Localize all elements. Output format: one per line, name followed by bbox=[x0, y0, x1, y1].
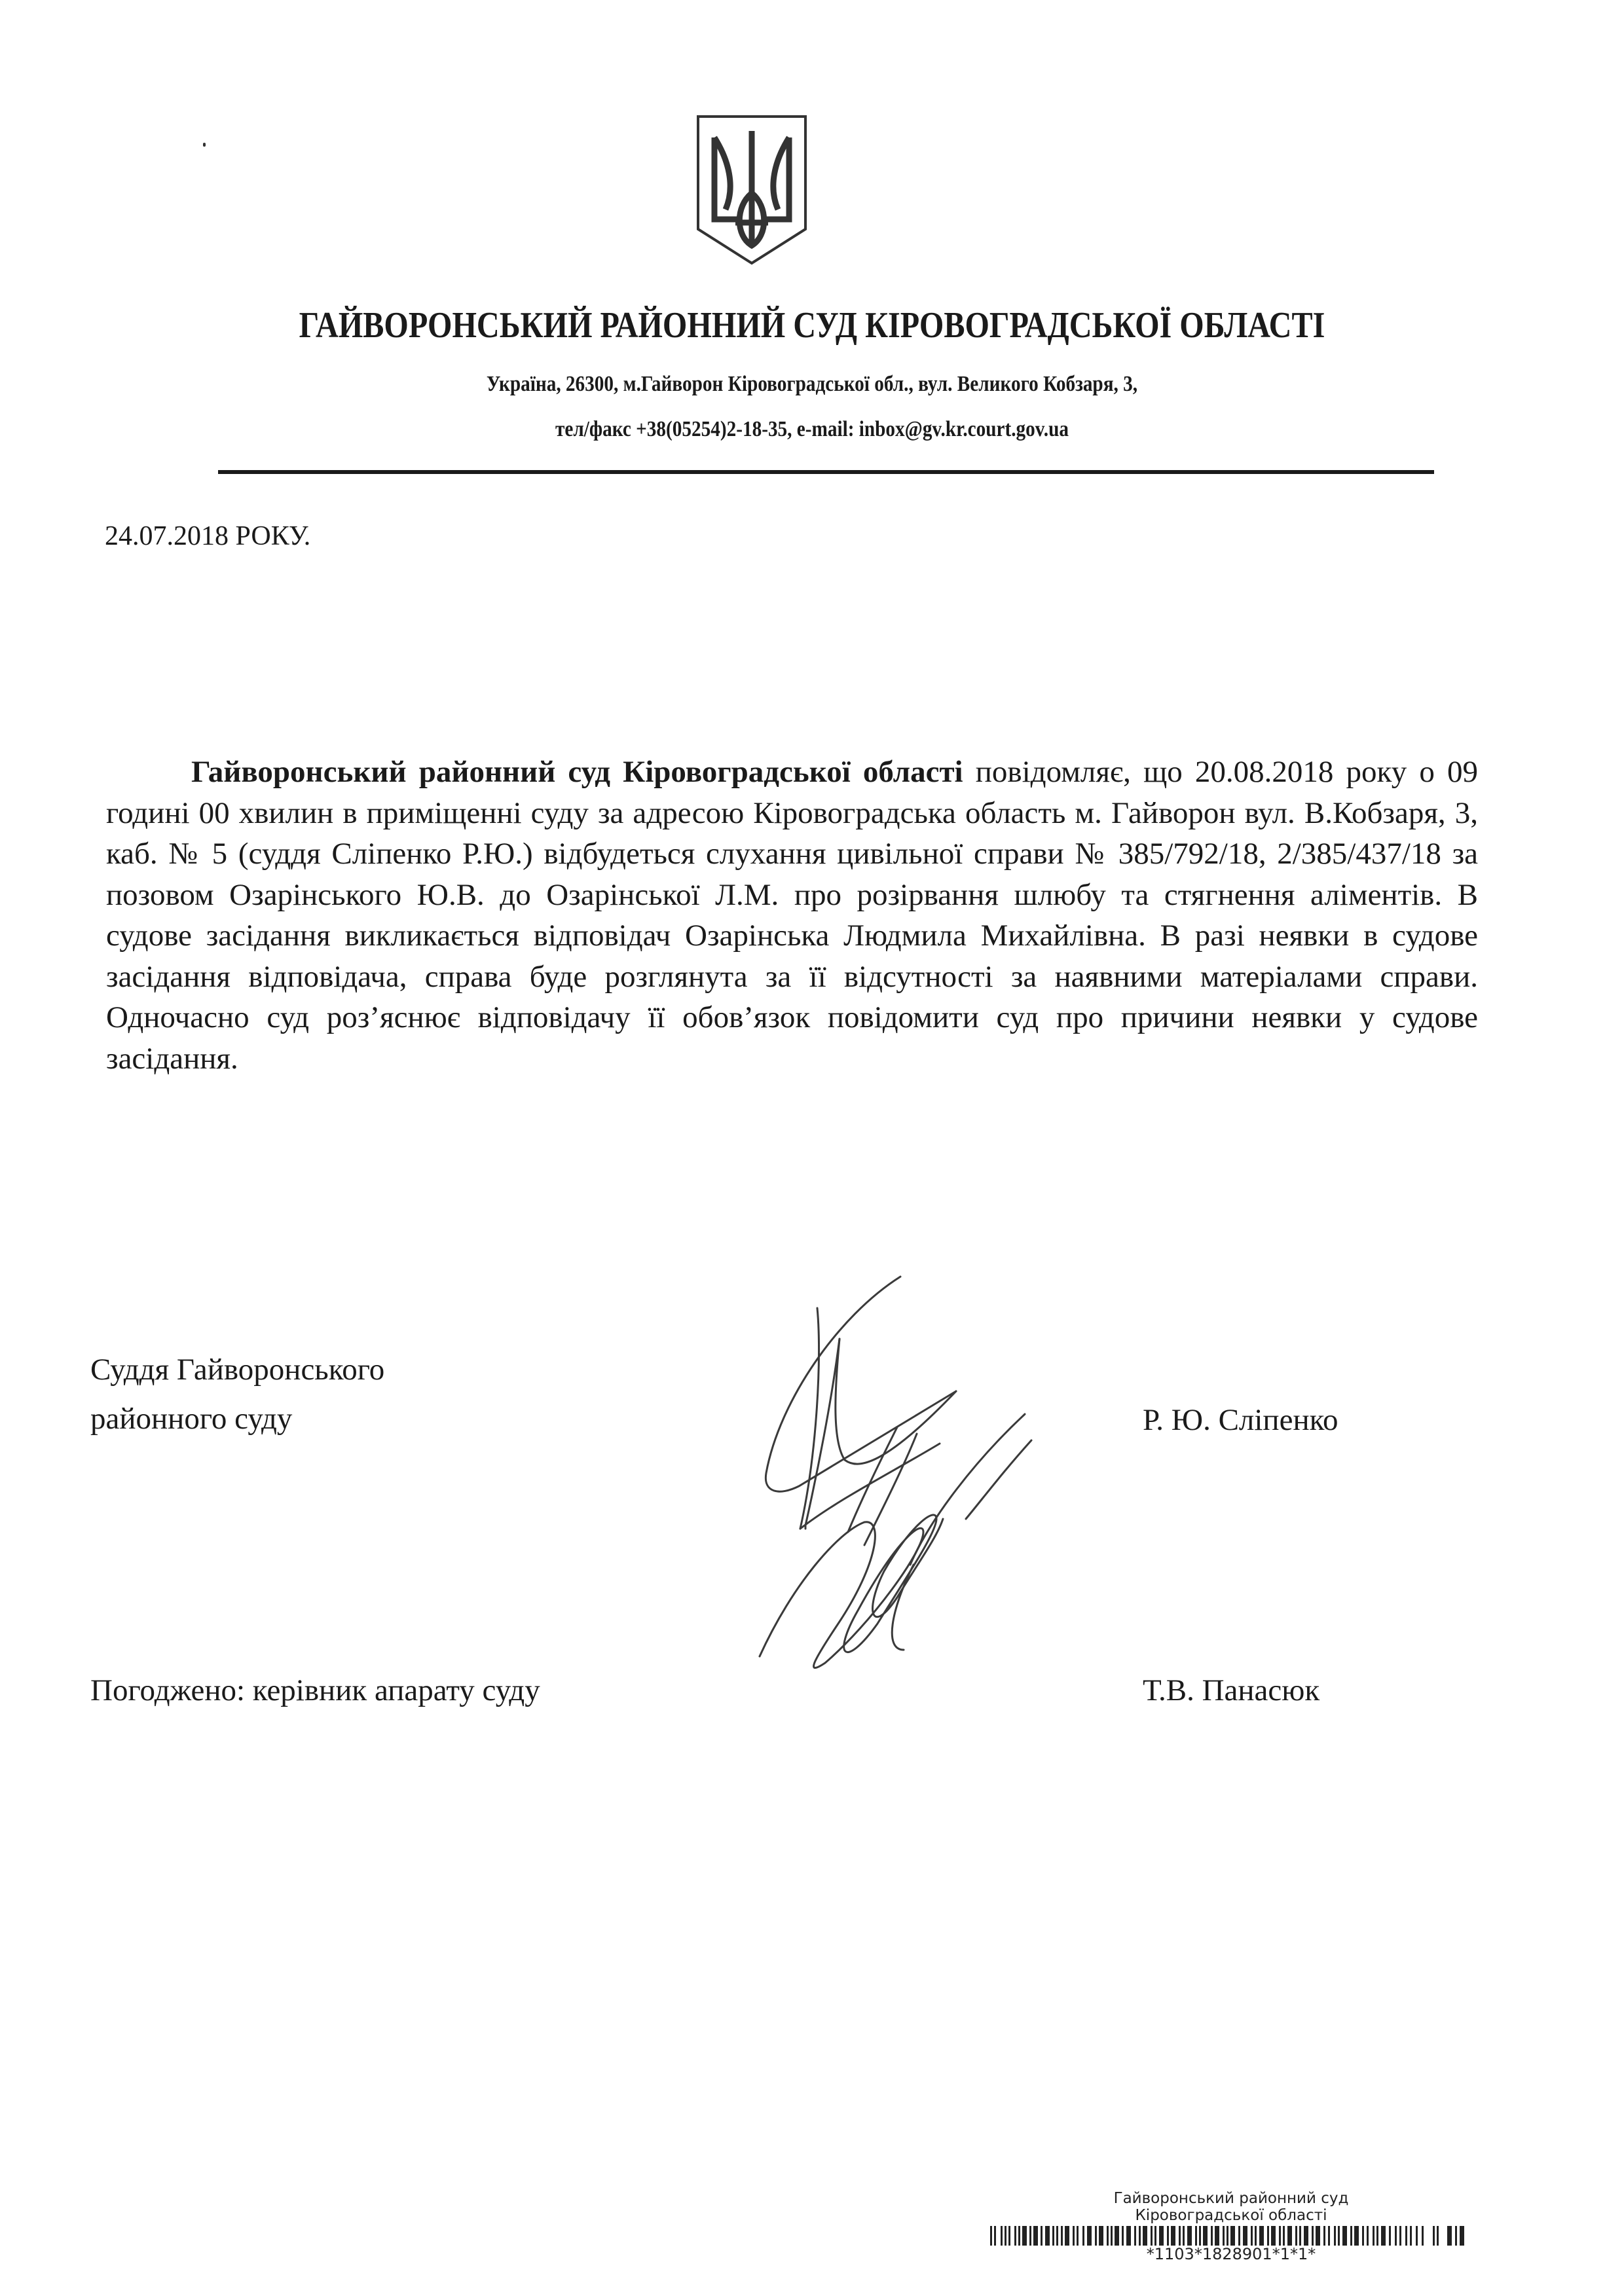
notice-text: повідомляє, що 20.08.2018 року о 09 годи… bbox=[106, 755, 1478, 1076]
scan-speck bbox=[203, 143, 206, 147]
notice-body: Гайворонський районний суд Кіровоградськ… bbox=[106, 752, 1478, 1079]
trident-emblem-icon bbox=[696, 115, 807, 265]
letterhead-divider bbox=[218, 470, 1434, 474]
barcode-number: *1103*1828901*1*1* bbox=[982, 2245, 1480, 2263]
registry-stamp: Гайворонський районний суд Кіровоградськ… bbox=[982, 2190, 1480, 2224]
document-date: 24.07.2018 РОКУ. bbox=[105, 520, 310, 552]
court-name-heading: ГАЙВОРОНСЬКИЙ РАЙОННИЙ СУД КІРОВОГРАДСЬК… bbox=[114, 304, 1511, 346]
handwritten-signature bbox=[740, 1257, 1329, 1813]
stamp-line1: Гайворонський районний суд bbox=[982, 2190, 1480, 2207]
agreed-label: Погоджено: керівник апарату суду bbox=[90, 1673, 540, 1708]
notice-lead: Гайворонський районний суд Кіровоградськ… bbox=[191, 755, 963, 789]
judge-title-line2: районного суду bbox=[90, 1401, 292, 1436]
court-contacts: тел/факс +38(05254)2-18-35, e-mail: inbo… bbox=[114, 417, 1511, 442]
judge-title-line1: Суддя Гайворонського bbox=[90, 1352, 384, 1387]
stamp-line2: Кіровоградської області bbox=[982, 2207, 1480, 2224]
court-address: Україна, 26300, м.Гайворон Кіровоградськ… bbox=[114, 372, 1511, 397]
barcode-icon bbox=[990, 2226, 1470, 2246]
